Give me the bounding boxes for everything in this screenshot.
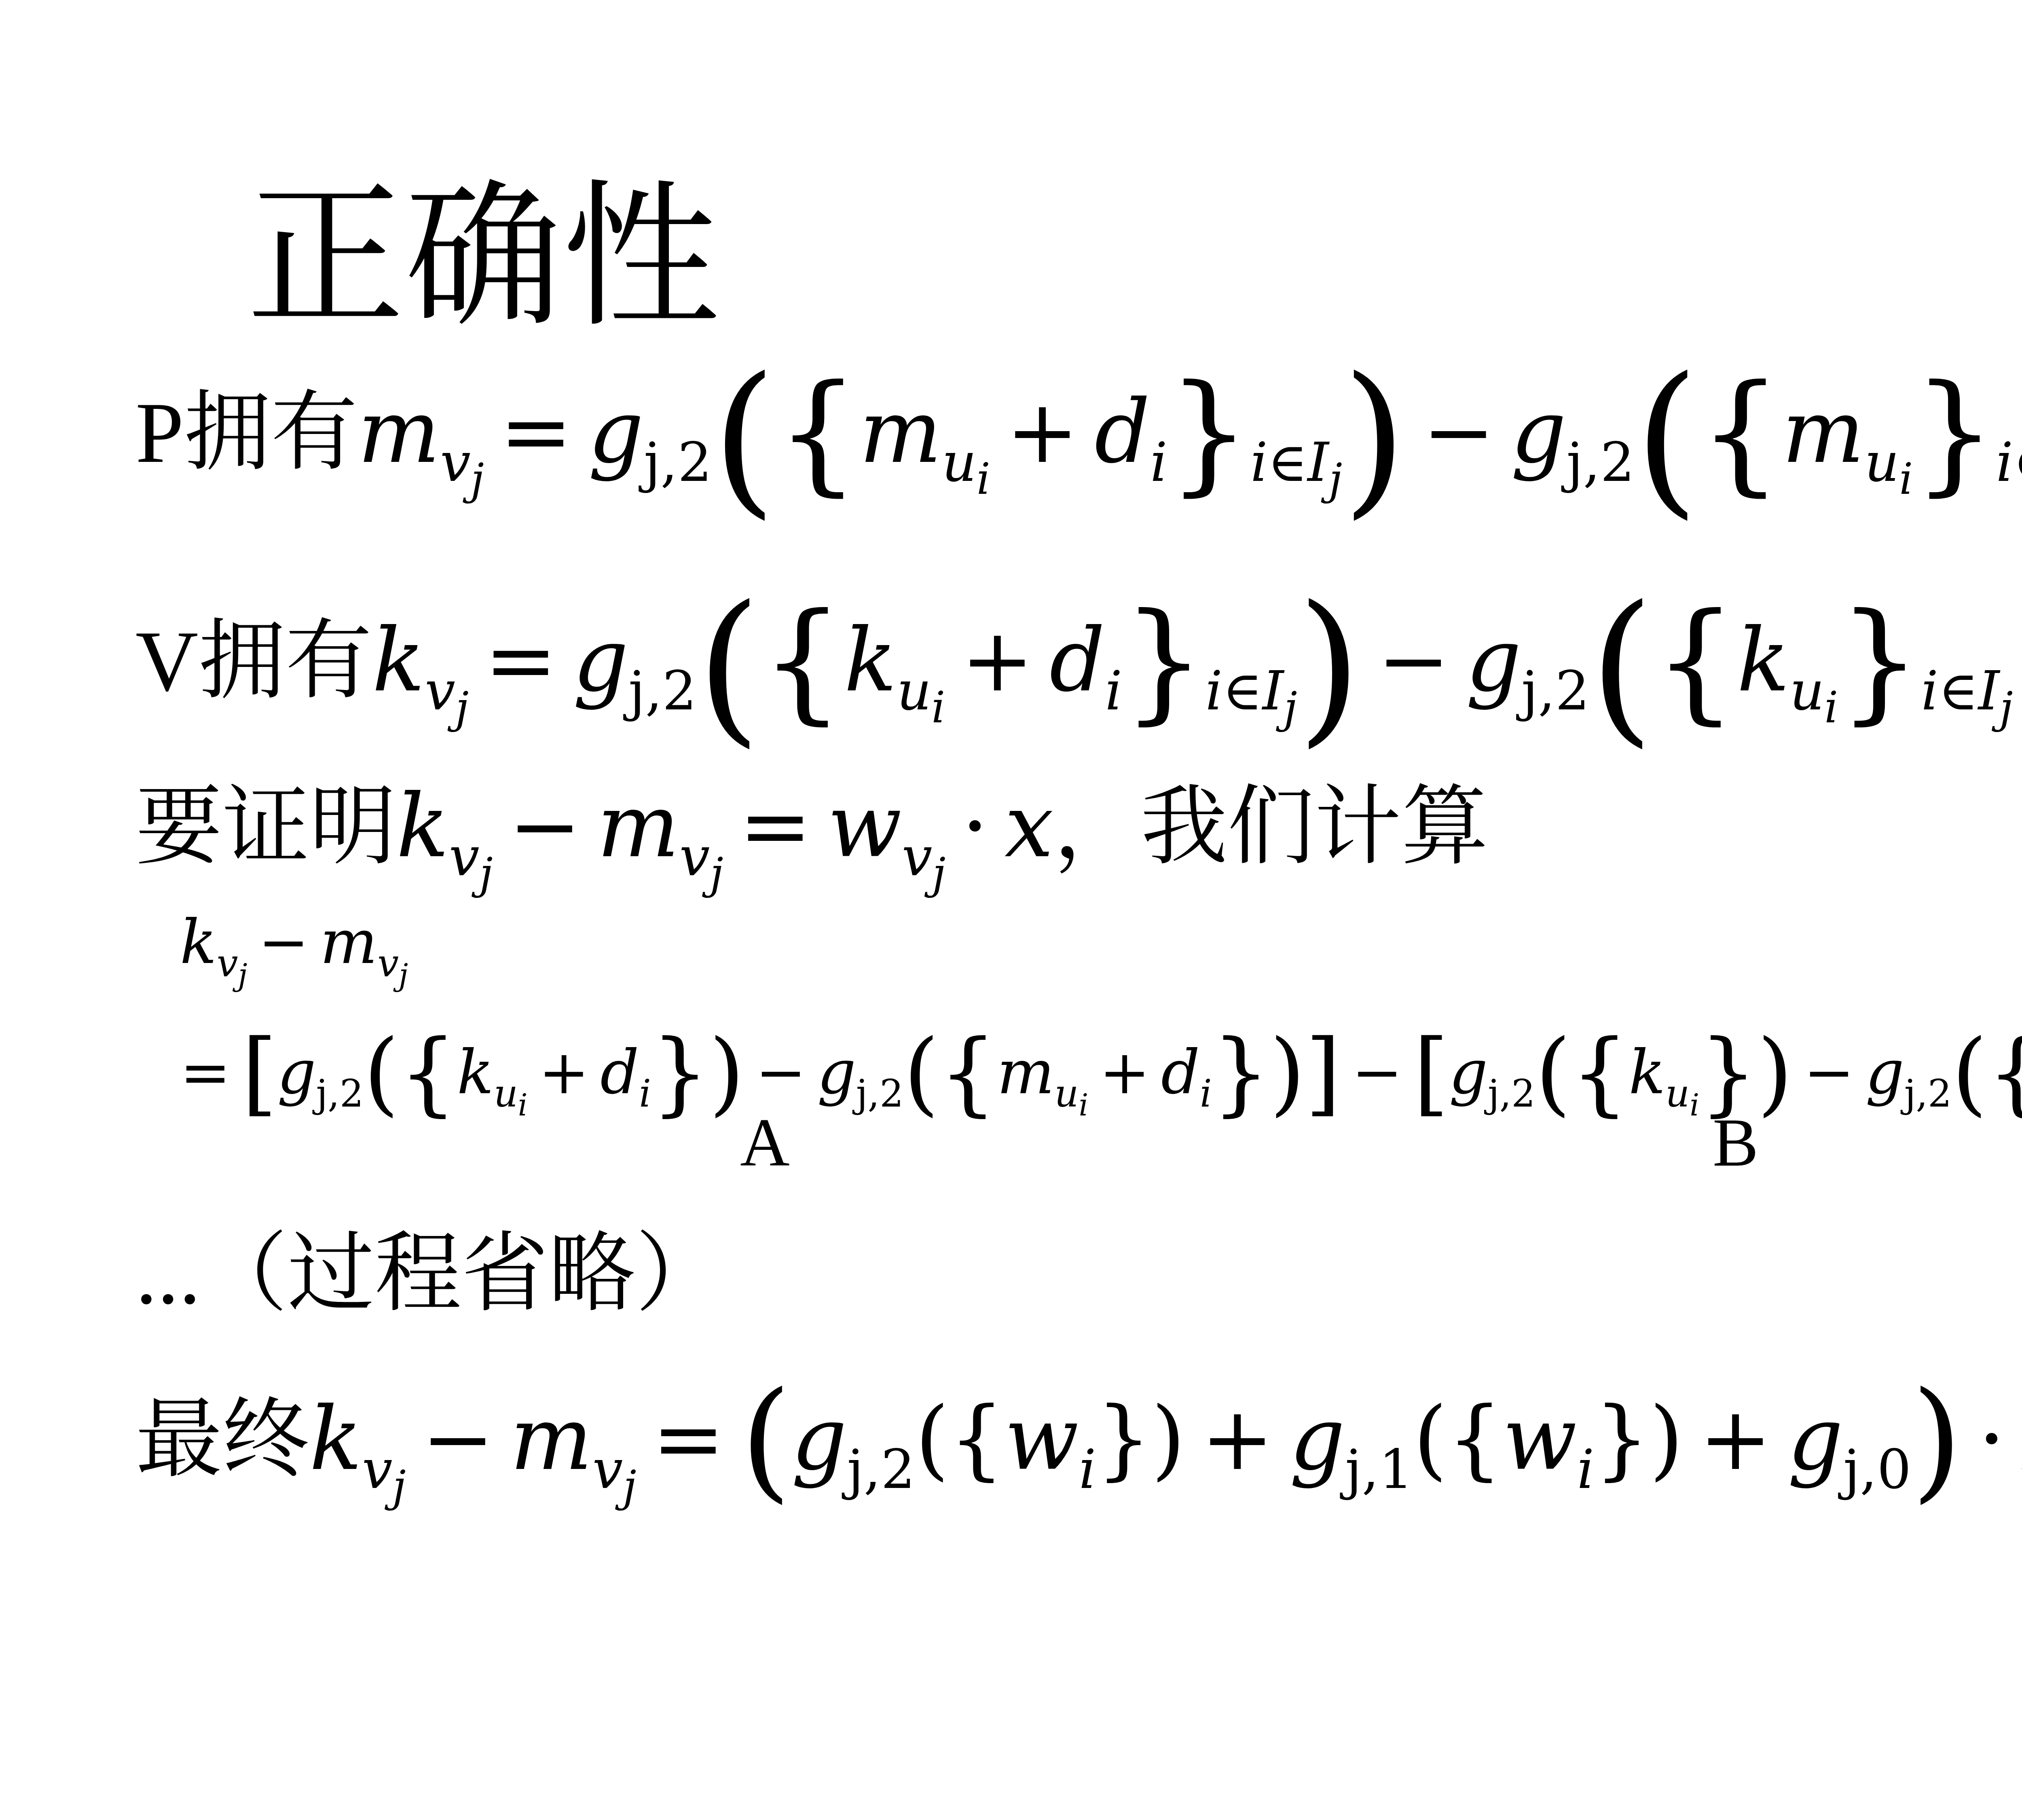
party-v-label: V [135,613,198,709]
party-p-label: P [135,384,184,481]
to-prove-label: 要证明 [135,775,396,877]
formula-k-vj: kvj [372,609,469,711]
term-label-b: B [1713,1108,1758,1177]
line-v-has: V拥有kvj=gj,2({kui+di}i∈Ij)−gj,2({kui}i∈Ij… [135,584,2022,750]
has-label: 拥有 [198,609,372,711]
final-label: 最终 [135,1388,309,1490]
we-compute-label: ，我们计算 [1053,775,1488,877]
ellipsis: ... [135,1225,201,1322]
line-p-has: P拥有mvj=gj,2({mui+di}i∈Ij)−gj,2({mui}i∈Ij… [135,356,2022,521]
line-final: 最终kvj−mvj=(gj,2({wi})+gj,1({wi})+gj,0)·x… [135,1375,2022,1506]
line-to-prove: 要证明kvj−mvj=wvj·x，我们计算 [135,783,1488,874]
has-label: 拥有 [184,381,358,483]
slide-title: 正确性 [247,178,720,336]
omitted-text: （过程省略） [201,1222,722,1324]
calc-lhs: kvj−mvj [180,912,408,975]
term-label-a: A [740,1108,790,1177]
formula-m-vj: mvj [358,381,484,483]
omitted-line: ...（过程省略） [135,1230,722,1317]
